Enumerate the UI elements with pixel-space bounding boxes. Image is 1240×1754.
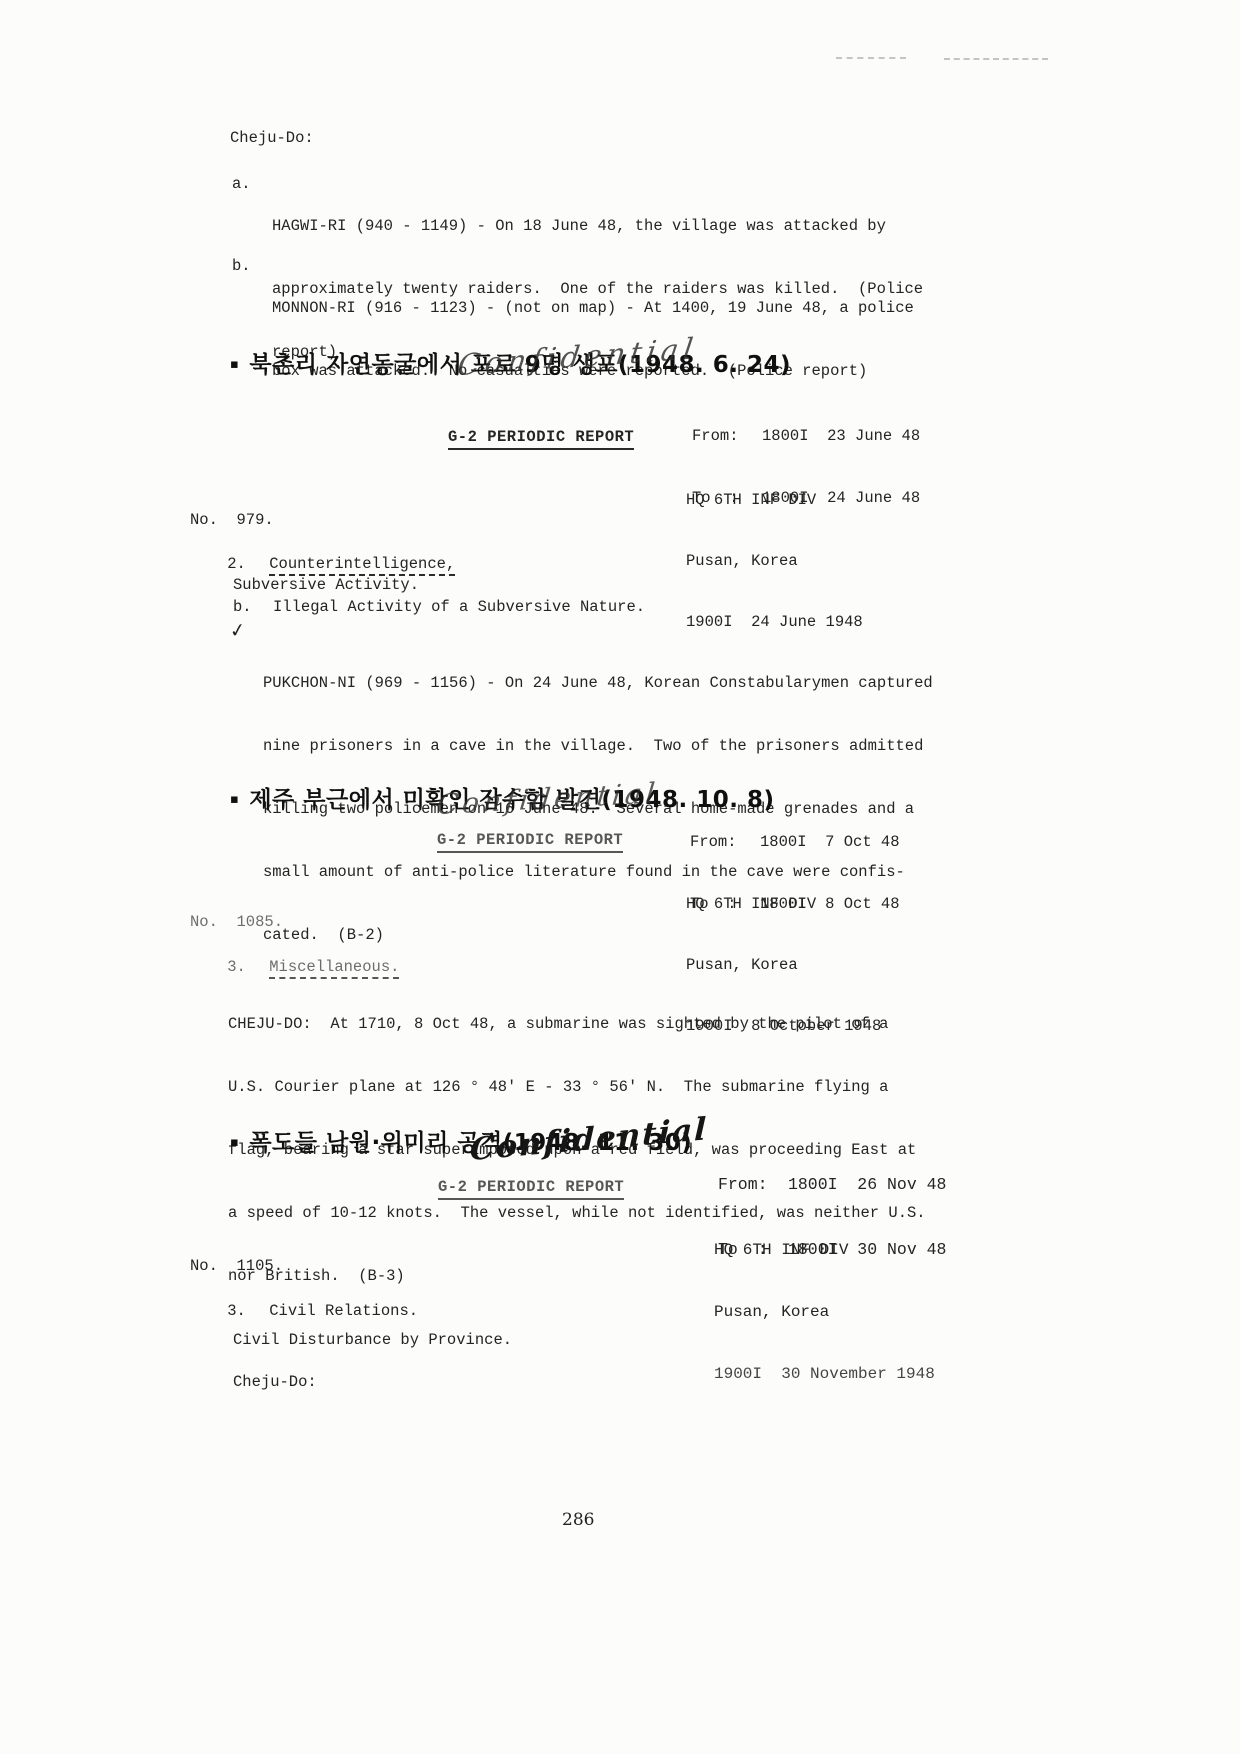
bullet-square-icon: ▪ xyxy=(230,792,239,807)
sub-item-title: Illegal Activity of a Subversive Nature. xyxy=(273,597,645,618)
from-value: 1800I 7 Oct 48 xyxy=(760,833,900,851)
scan-artifact-dash xyxy=(836,57,906,59)
section-title: Civil Relations. xyxy=(269,1302,418,1320)
report-title: G-2 PERIODIC REPORT xyxy=(448,428,634,450)
checkmark-icon: ✓ xyxy=(229,617,246,645)
hq-line: Pusan, Korea xyxy=(714,1302,935,1322)
body-line: CHEJU-DO: At 1710, 8 Oct 48, a submarine… xyxy=(228,1014,926,1035)
hq-line: 1900I 24 June 1948 xyxy=(686,612,863,631)
from-label: From: xyxy=(692,426,744,447)
province-heading: Cheju-Do: xyxy=(230,128,314,149)
from-label: From: xyxy=(718,1174,770,1195)
report-title: G-2 PERIODIC REPORT xyxy=(437,831,623,853)
subheading: Subversive Activity. xyxy=(233,575,419,596)
hq-line: HQ 6TH INF DIV xyxy=(686,894,881,913)
report-title: G-2 PERIODIC REPORT xyxy=(438,1178,624,1200)
body-line: HAGWI-RI (940 - 1149) - On 18 June 48, t… xyxy=(272,216,923,237)
scan-artifact-dash xyxy=(944,58,1048,60)
body-line: U.S. Courier plane at 126 ° 48' E - 33 °… xyxy=(228,1077,926,1098)
province-heading: Cheju-Do: xyxy=(233,1372,317,1393)
page-number: 286 xyxy=(562,1510,594,1530)
sub-item-label: b. xyxy=(233,597,252,618)
list-item-label: b. xyxy=(232,256,251,277)
list-item-label: a. xyxy=(232,174,251,195)
body-line: nine prisoners in a cave in the village.… xyxy=(263,736,933,757)
scanned-document-page: Cheju-Do: a. HAGWI-RI (940 - 1149) - On … xyxy=(0,0,1240,1754)
hq-line: Pusan, Korea xyxy=(686,551,863,570)
report-number: No. 1105. xyxy=(190,1256,283,1277)
hq-line: HQ 6TH INF DIV xyxy=(686,490,863,509)
subheading: Civil Disturbance by Province. xyxy=(233,1330,512,1351)
hq-line: HQ 6TH INF DIV xyxy=(714,1240,935,1260)
from-value: 1800I 26 Nov 48 xyxy=(788,1175,946,1194)
report-number: No. 979. xyxy=(190,510,274,531)
section-number: 3. xyxy=(227,1301,269,1322)
from-value: 1800I 23 June 48 xyxy=(762,427,920,445)
hq-line: 1900I 30 November 1948 xyxy=(714,1364,935,1384)
report-number: No. 1085. xyxy=(190,912,283,933)
section-title: Counterintelligence, xyxy=(269,555,455,576)
body-line: PUKCHON-NI (969 - 1156) - On 24 June 48,… xyxy=(263,673,933,694)
section-number: 2. xyxy=(227,554,269,575)
hq-block: HQ 6TH INF DIV Pusan, Korea 1900I 30 Nov… xyxy=(714,1198,935,1426)
from-label: From: xyxy=(690,832,742,853)
body-line: MONNON-RI (916 - 1123) - (not on map) - … xyxy=(272,298,914,319)
bullet-square-icon: ▪ xyxy=(230,357,239,372)
bullet-square-icon: ▪ xyxy=(230,1135,239,1150)
